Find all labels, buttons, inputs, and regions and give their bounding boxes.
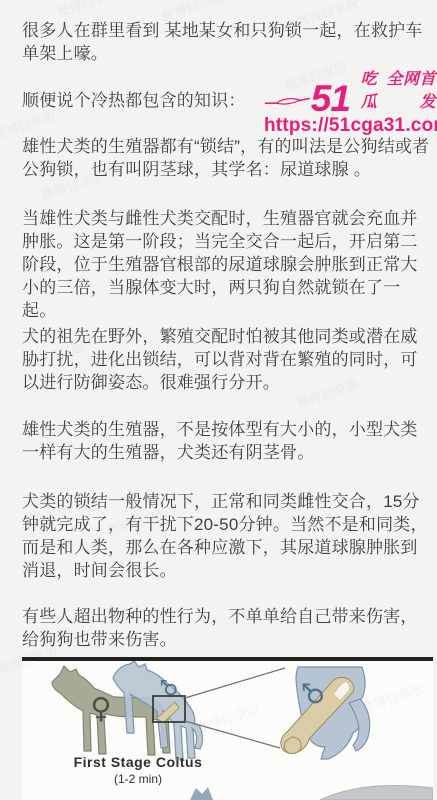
figure-first-stage-coitus: ♀ ♂ ♂ First Stage Coitus (1-2 min) <box>22 661 433 800</box>
detail-male-symbol-icon: ♂ <box>301 679 325 710</box>
article-paragraph-8: 有些人超出物种的性行为，不单单给自己带来伤害，给狗狗也带来伤害。 <box>22 605 433 651</box>
coitus-diagram: ♀ ♂ ♂ First Stage Coitus (1-2 min) <box>22 661 433 800</box>
male-dog-silhouette <box>113 661 203 759</box>
article-paragraph-1: 很多人在群里看到 某地某女和只狗锁一起，在救护车单架上嚎。 <box>22 19 433 65</box>
article-paragraph-6: 雄性犬类的生殖器，不是按体型有大小的，小型犬类一样有大的生殖器，犬类还有阴茎骨。 <box>22 418 433 464</box>
logo-url: https://51cga31.com <box>264 115 436 137</box>
callout-line-top <box>185 668 285 698</box>
article-paragraph-4: 当雄性犬类与雌性犬类交配时，生殖器官就会充血并肿胀。这是第一阶段；当完全交合一起… <box>22 207 433 322</box>
article-paragraph-3: 雄性犬类的生殖器都有“锁结”，有的叫法是公狗结或者公狗锁，也有叫阴茎球，其学名：… <box>22 135 433 181</box>
next-figure-curve-partial <box>320 786 433 800</box>
next-figure-ears-partial <box>190 787 213 800</box>
logo-name: 吃瓜 <box>351 66 377 112</box>
logo-flourish-icon <box>264 93 311 107</box>
article-paragraph-2: 顺便说个冷热都包含的知识： <box>22 89 282 112</box>
article-paragraph-7: 犬类的锁结一般情况下，正常和同类雌性交合，15分钟就完成了，有干扰下20-50分… <box>22 490 433 582</box>
article-paragraph-5: 犬的祖先在野外，繁殖交配时怕被其他同类或潜在威胁打扰，进化出锁结，可以背对背在繁… <box>22 325 433 394</box>
figure-caption-title: First Stage Coitus <box>74 754 203 770</box>
female-symbol-icon: ♀ <box>90 691 111 725</box>
watermark: 微博轻享版 <box>54 0 122 21</box>
figure-caption-subtitle: (1-2 min) <box>114 772 162 786</box>
logo-number: 51 <box>311 84 350 114</box>
site-logo-title-row: 51 吃瓜 全网首发 <box>264 74 436 114</box>
site-logo: 51 吃瓜 全网首发 https://51cga31.com <box>264 74 436 137</box>
article-page: { "page": { "background": "#f3f3f1", "te… <box>0 0 437 800</box>
logo-tagline: 全网首发 <box>383 66 436 112</box>
